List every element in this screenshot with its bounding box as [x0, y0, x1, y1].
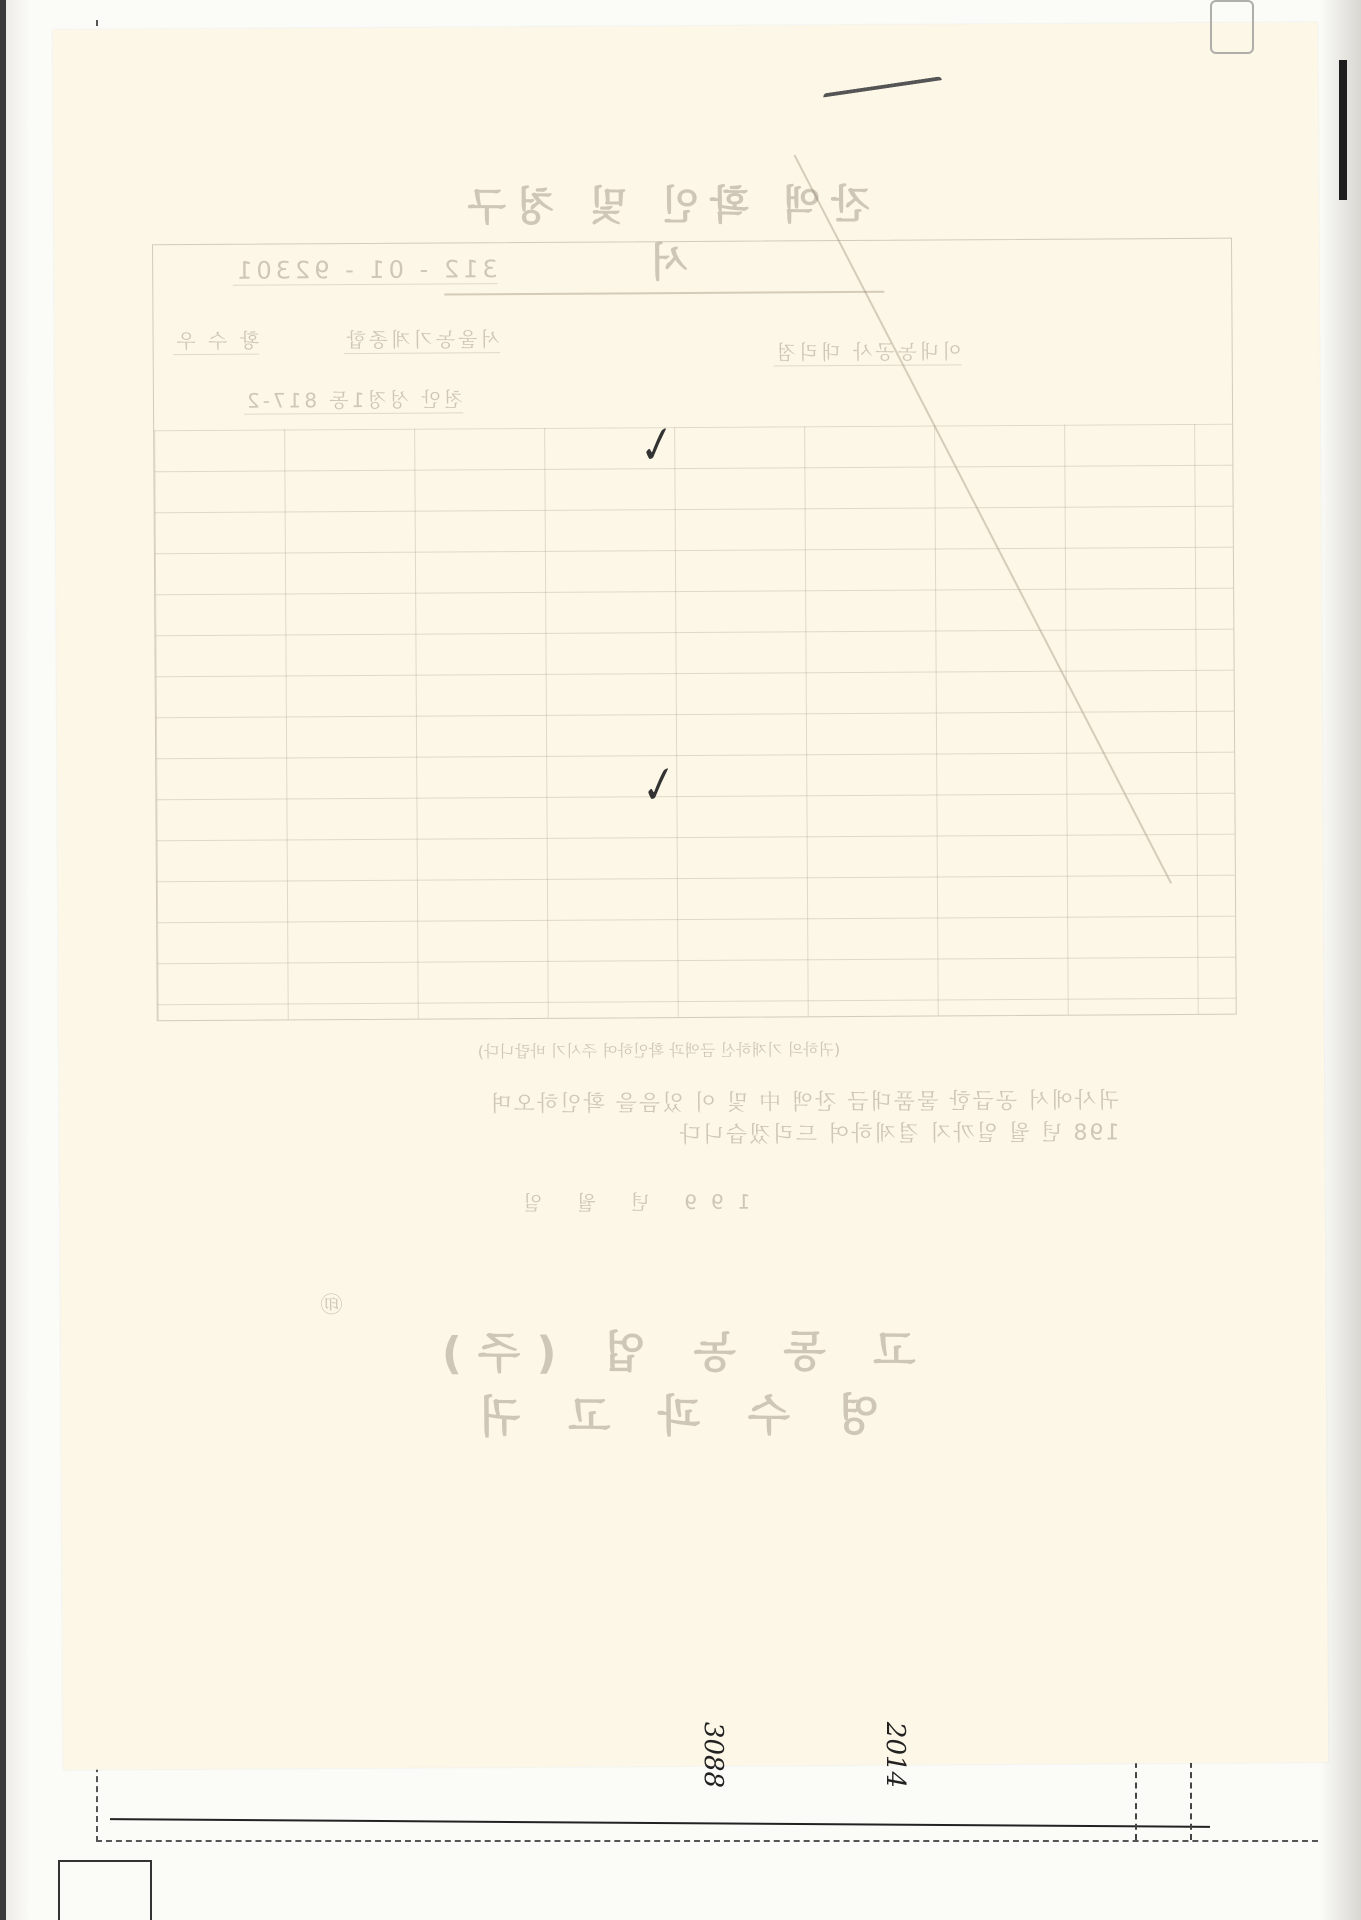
date-line: 199 년 월 일: [430, 1185, 830, 1216]
form-table: 312 - 01 - 92301 서울농기계종합 황 수 우 천안 성정1동 8…: [152, 238, 1237, 1022]
table-grid: [154, 424, 1236, 1021]
seal-mark: ㊞: [320, 1288, 342, 1319]
business-name: 서울농기계종합: [344, 323, 500, 354]
paper-clip-icon: [1210, 0, 1254, 54]
recipient-header: 이내농공사 대리점: [774, 335, 962, 366]
confirmation-statement-2: 198 년 월 일까지 결제하여 드리겠습니다: [159, 1115, 1119, 1152]
scan-right-edge-bar: [1339, 60, 1347, 200]
scan-left-edge: [0, 0, 6, 1920]
binder-tab-mark: [58, 1860, 152, 1920]
form-paper-sheet: 잔액 확인 및 청구서 312 - 01 - 92301 서울농기계종합 황 수…: [53, 22, 1329, 1770]
registration-number: 312 - 01 - 92301: [233, 255, 498, 286]
confirmation-statement-1: 귀사에서 공급한 물품대금 잔액 中 및 이 있음을 확인하오며: [159, 1083, 1119, 1120]
representative-name: 황 수 우: [174, 325, 260, 356]
handwritten-number: 3088: [698, 1722, 728, 1788]
table-footer-note: (귀하의 기재하신 금액과 확인하여 주시기 바랍니다): [209, 1035, 1109, 1063]
company-name: 고 동 농 업 (주) 영 수 과 고 귀: [391, 1314, 952, 1445]
staple-mark: [823, 76, 944, 107]
business-address: 천안 성정1동 817-2: [244, 383, 463, 414]
handwritten-number: 2014: [880, 1722, 910, 1788]
